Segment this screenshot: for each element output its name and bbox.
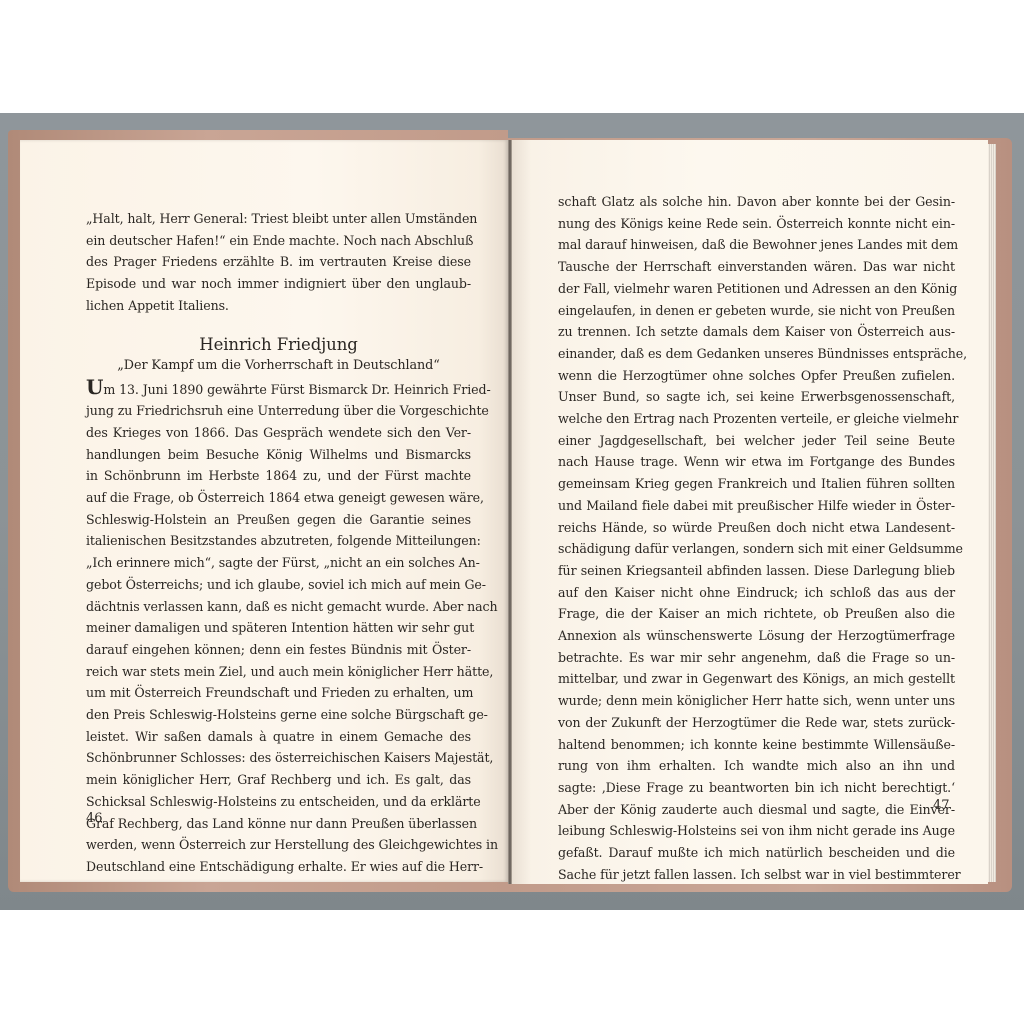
text-line: lichen Appetit Italiens. <box>86 295 471 317</box>
text-line: auf die Frage, ob Österreich 1864 etwa g… <box>86 487 471 509</box>
text-line: und Mailand fiele dabei mit preußischer … <box>558 495 955 517</box>
text-line: haltend benommen; ich konnte keine besti… <box>558 734 955 756</box>
initial-letter: U <box>86 375 103 399</box>
text-line: reich war stets mein Ziel, und auch mein… <box>86 661 471 683</box>
text-line: „Ich erinnere mich“, sagte der Fürst, „n… <box>86 552 471 574</box>
text-line: werden, wenn Österreich zur Herstellung … <box>86 834 471 856</box>
text-line: wurde; denn mein königlicher Herr hatte … <box>558 690 955 712</box>
text-line: leibung Schleswig-Holsteins sei von ihm … <box>558 820 955 842</box>
section-heading: Heinrich Friedjung <box>86 333 471 357</box>
text-line: einander, daß es dem Gedanken unseres Bü… <box>558 343 955 365</box>
text-line-rest: m 13. Juni 1890 gewährte Fürst Bismarck … <box>103 382 490 397</box>
text-line: Schleswig-Holstein an Preußen gegen die … <box>86 509 471 531</box>
text-line: Frage, die der Kaiser an mich richtete, … <box>558 603 955 625</box>
text-line: auf den Kaiser nicht ohne Eindruck; ich … <box>558 582 955 604</box>
text-line-first: Um 13. Juni 1890 gewährte Fürst Bismarck… <box>86 377 471 401</box>
text-line: gebot Österreichs; und ich glaube, sovie… <box>86 574 471 596</box>
page-number-left: 46 <box>86 811 103 826</box>
text-line: eingelaufen, in denen er gebeten wurde, … <box>558 300 955 322</box>
text-line: des Krieges von 1866. Das Gespräch wende… <box>86 422 471 444</box>
text-line: schaft Glatz als solche hin. Davon aber … <box>558 191 955 213</box>
text-line: der Fall, vielmehr waren Petitionen und … <box>558 278 955 300</box>
text-line: Graf Rechberg, das Land könne nur dann P… <box>86 813 471 835</box>
text-line: um mit Österreich Freundschaft und Fried… <box>86 682 471 704</box>
section-subheading: „Der Kampf um die Vorherrschaft in Deuts… <box>86 357 471 375</box>
text-line: mittelbar, und zwar in Gegenwart des Kön… <box>558 668 955 690</box>
left-page-text: „Halt, halt, Herr General: Triest bleibt… <box>86 208 471 878</box>
left-page: „Halt, halt, Herr General: Triest bleibt… <box>20 140 508 882</box>
text-line: in Schönbrunn im Herbste 1864 zu, und de… <box>86 465 471 487</box>
text-line: nung des Königs keine Rede sein. Österre… <box>558 213 955 235</box>
page-edges <box>988 144 996 882</box>
text-line: darauf eingehen können; denn ein festes … <box>86 639 471 661</box>
text-line: des Prager Friedens erzählte B. im vertr… <box>86 251 471 273</box>
text-line: „Halt, halt, Herr General: Triest bleibt… <box>86 208 471 230</box>
text-line: einer Jagdgesellschaft, bei welcher jede… <box>558 430 955 452</box>
text-line: für seinen Kriegsanteil abfinden lassen.… <box>558 560 955 582</box>
text-line: leistet. Wir saßen damals à quatre in ei… <box>86 726 471 748</box>
text-line: ein deutscher Hafen!“ ein Ende machte. N… <box>86 230 471 252</box>
right-page-text: schaft Glatz als solche hin. Davon aber … <box>558 191 955 884</box>
text-line: gemeinsam Krieg gegen Frankreich und Ita… <box>558 473 955 495</box>
text-line: Tausche der Herrschaft einverstanden wär… <box>558 256 955 278</box>
text-line: rung von ihm erhalten. Ich wandte mich a… <box>558 755 955 777</box>
text-line: Schicksal Schleswig-Holsteins zu entsche… <box>86 791 471 813</box>
text-line: reichs Hände, so würde Preußen doch nich… <box>558 517 955 539</box>
text-line: mein königlicher Herr, Graf Rechberg und… <box>86 769 471 791</box>
text-line: schädigung dafür verlangen, sondern sich… <box>558 538 955 560</box>
text-line: nach Hause trage. Wenn wir etwa im Fortg… <box>558 451 955 473</box>
text-line: betrachte. Es war mir sehr angenehm, daß… <box>558 647 955 669</box>
page-number-right: 47 <box>933 798 950 813</box>
text-line: von der Zukunft der Herzogtümer die Rede… <box>558 712 955 734</box>
text-line: Sache für jetzt fallen lassen. Ich selbs… <box>558 864 955 884</box>
text-line: dächtnis verlassen kann, daß es nicht ge… <box>86 596 471 618</box>
text-line: Schönbrunner Schlosses: des österreichis… <box>86 747 471 769</box>
open-book: „Halt, halt, Herr General: Triest bleibt… <box>8 130 1012 892</box>
text-line: wenn die Herzogtümer ohne solches Opfer … <box>558 365 955 387</box>
text-line: sagte: ‚Diese Frage zu beantworten bin i… <box>558 777 955 799</box>
text-line: mal darauf hinweisen, daß die Bewohner j… <box>558 234 955 256</box>
text-line: Unser Bund, so sagte ich, sei keine Erwe… <box>558 386 955 408</box>
text-line: Aber der König zauderte auch diesmal und… <box>558 799 955 821</box>
text-line: Annexion als wünschenswerte Lösung der H… <box>558 625 955 647</box>
text-line: gefaßt. Darauf mußte ich mich natürlich … <box>558 842 955 864</box>
text-line: Episode und war noch immer indigniert üb… <box>86 273 471 295</box>
text-line: Deutschland eine Entschädigung erhalte. … <box>86 856 471 878</box>
text-line: den Preis Schleswig-Holsteins gerne eine… <box>86 704 471 726</box>
text-line: zu trennen. Ich setzte damals dem Kaiser… <box>558 321 955 343</box>
text-line: jung zu Friedrichsruh eine Unterredung ü… <box>86 400 471 422</box>
text-line: handlungen beim Besuche König Wilhelms u… <box>86 444 471 466</box>
text-line: meiner damaligen und späteren Intention … <box>86 617 471 639</box>
text-line: welche den Ertrag nach Prozenten verteil… <box>558 408 955 430</box>
right-page: schaft Glatz als solche hin. Davon aber … <box>512 140 988 884</box>
text-line: italienischen Besitzstandes abzutreten, … <box>86 530 471 552</box>
